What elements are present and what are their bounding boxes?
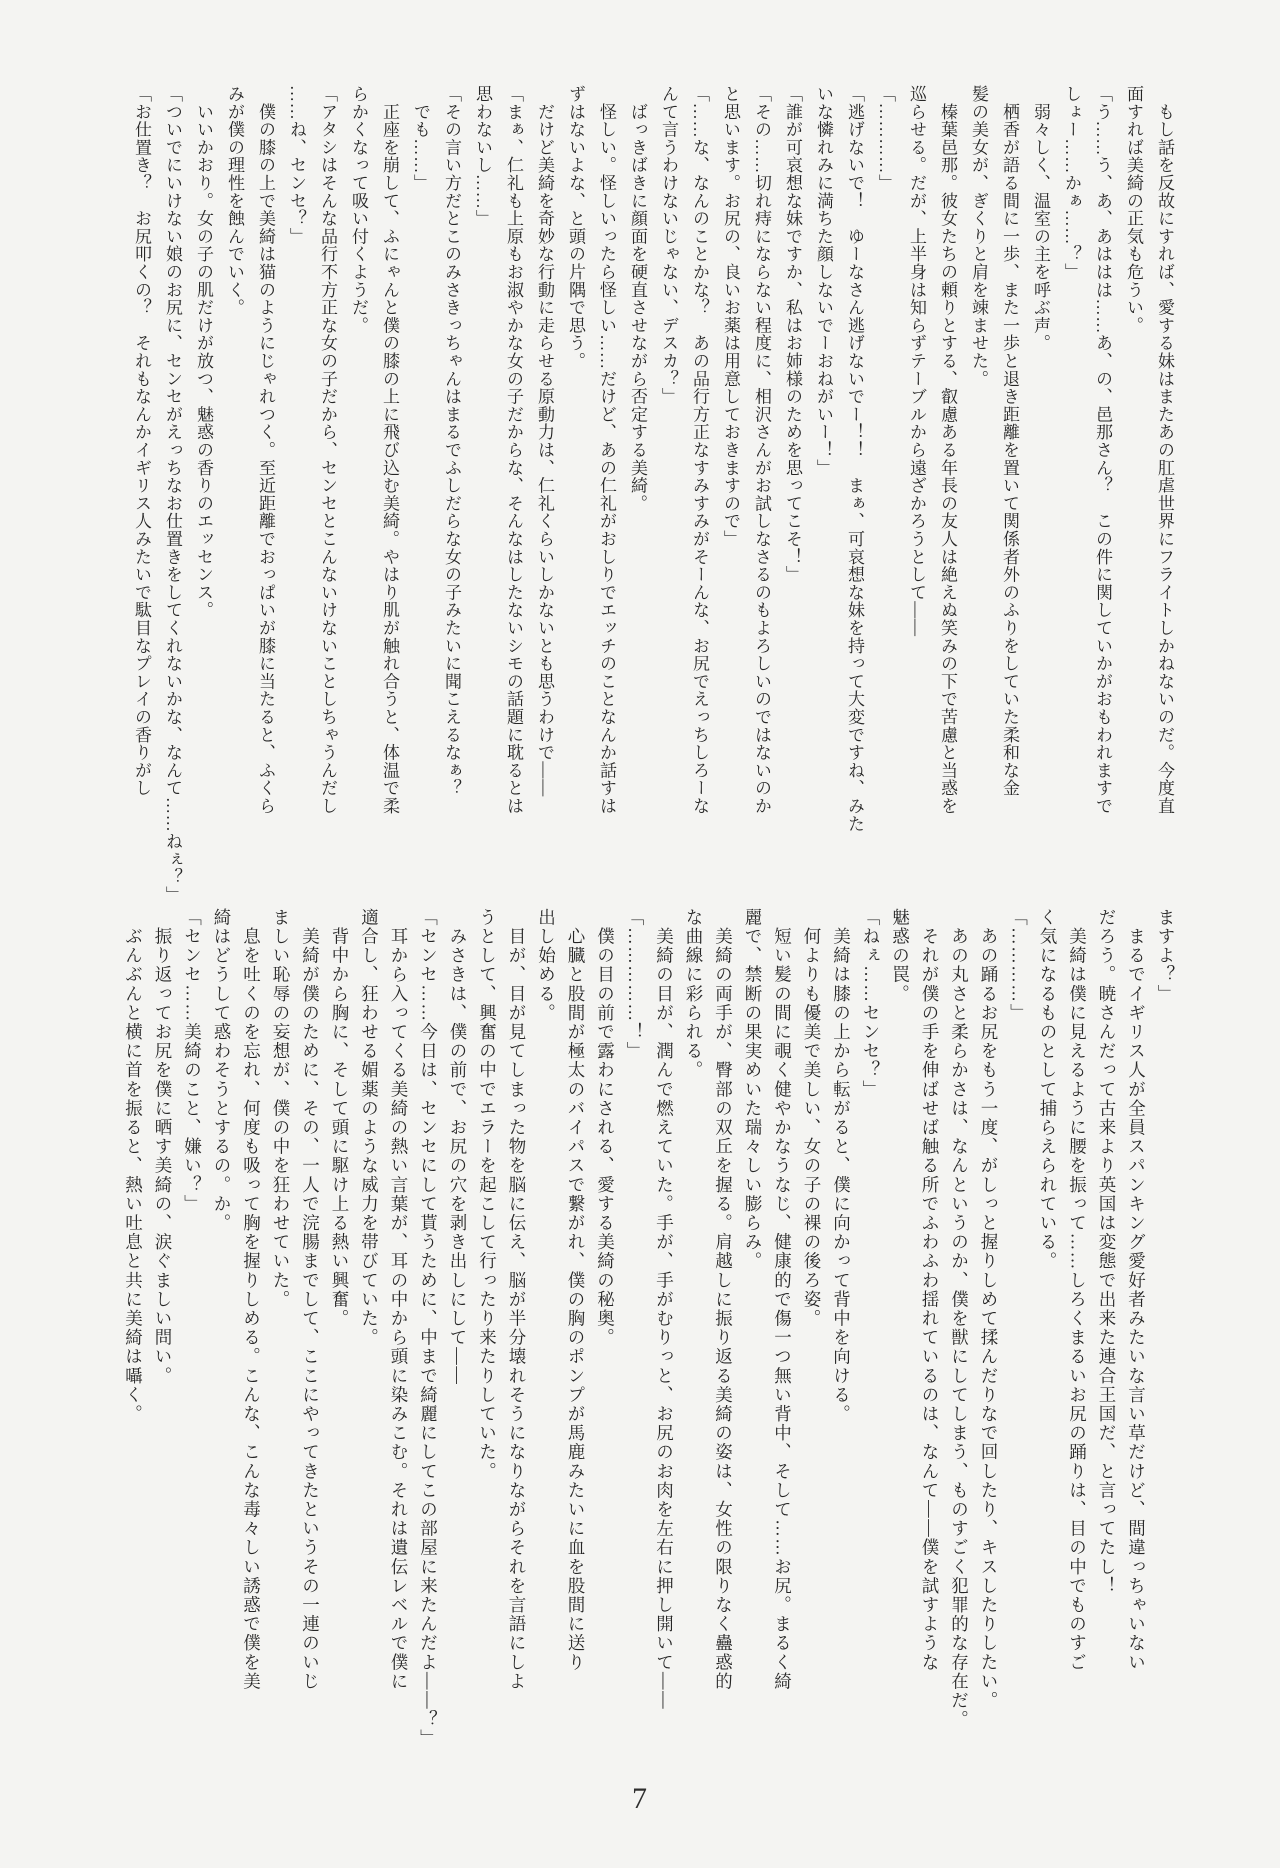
text-column: もし話を反故にすれば、愛する妹はまたあの肛虐世界にフライトしかねないのだ。今度直 [1149,85,1180,885]
text-column: ますよ？」 [1151,908,1181,1768]
text-column: 「ねぇ……センセ？」 [856,908,886,1768]
text-column: 怪しい。怪しいったら怪しい……だけど、あの仁礼がおしりでエッチのことなんか話すは [591,85,622,885]
text-column: それが僕の手を伸ばせば触る所でふわふわ揺れているのは、なんて――僕を試すような [915,908,945,1768]
text-column: 美綺の両手が、臀部の双丘を握る。肩越しに振り返る美綺の姿は、女性の限りなく蠱惑的 [708,908,738,1768]
text-column: まるでイギリス人が全員スパンキング愛好者みたいな言い草だけど、間違っちゃいない [1121,908,1151,1768]
text-column: 「……………！」 [620,908,650,1768]
bottom-text-block: ますよ？」 まるでイギリス人が全員スパンキング愛好者みたいな言い草だけど、間違っ… [118,908,1180,1768]
novel-page: もし話を反故にすれば、愛する妹はまたあの肛虐世界にフライトしかねないのだ。今度直… [0,0,1280,1868]
text-column: 「まぁ、仁礼も上原もお淑やかな女の子だからな、そんなはしたないシモの話題に耽ると… [498,85,529,885]
text-column: ……ね、センセ？」 [281,85,312,885]
text-column: 「その……切れ痔にならない程度に、相沢さんがお試しなさるのもよろしいのではないの… [746,85,777,885]
text-column: 僕の目の前で露わにされる、愛する美綺の秘奥。 [590,908,620,1768]
text-column: 「誰が可哀想な妹ですか、私はお姉様のためを思ってこそ！」 [777,85,808,885]
text-column: 美綺は膝の上から転がると、僕に向かって背中を向ける。 [826,908,856,1768]
text-column: 栖香が語る間に一歩、また一歩と退き距離を置いて関係者外のふりをしていた柔和な金 [994,85,1025,885]
text-column: ぶんぶんと横に首を振ると、熱い吐息と共に美綺は囁く。 [118,908,148,1768]
text-column: 「センセ……美綺のこと、嫌い？」 [177,908,207,1768]
text-column: 「逃げないで！ ゆーなさん逃げないでー！！ まぁ、可哀想な妹を持って大変ですね、… [839,85,870,885]
text-column: 「アタシはそんな品行不方正な女の子だから、センセとこんないけないことしちゃうんだ… [312,85,343,885]
text-column: 「……な、なんのことかな？ あの品行方正なすみすみがそーんな、お尻でえっちしろー… [684,85,715,885]
text-column: 髪の美女が、ぎくりと肩を竦ませた。 [963,85,994,885]
text-column: 短い髪の間に覗く健やかなうなじ、健康的で傷一つ無い背中、そして……お尻。まるく綺 [767,908,797,1768]
text-column: 「…………」 [1003,908,1033,1768]
text-column: でも……」 [405,85,436,885]
text-column: 心臓と股間が極太のバイパスで繋がれ、僕の胸のポンプが馬鹿みたいに血を股間に送り [561,908,591,1768]
text-column: 「その言い方だとこのみさきっちゃんはまるでふしだらな女の子みたいに聞こえるなぁ？ [436,85,467,885]
text-column: 思わないし……」 [467,85,498,885]
text-column: あの踊るお尻をもう一度、がしっと握りしめて揉んだりなで回したり、キスしたりしたい… [974,908,1004,1768]
text-column: ずはないよな、と頭の片隅で思う。 [560,85,591,885]
top-text-block: もし話を反故にすれば、愛する妹はまたあの肛虐世界にフライトしかねないのだ。今度直… [126,85,1180,885]
text-column: ばっきばきに顔面を硬直させながら否定する美綺。 [622,85,653,885]
text-column: うとして、興奮の中でエラーを起こして行ったり来たりしていた。 [472,908,502,1768]
text-column: 正座を崩して、ふにゃんと僕の膝の上に飛び込む美綺。やはり肌が触れ合うと、体温で柔 [374,85,405,885]
text-column: 「お仕置き？ お尻叩くの？ それもなんかイギリス人みたいで駄目なプレイの香りがし [126,85,157,885]
text-column: 振り返ってお尻を僕に晒す美綺の、涙ぐましい問い。 [148,908,178,1768]
text-column: みが僕の理性を蝕んでいく。 [219,85,250,885]
text-column: 美綺が僕のために、その、一人で浣腸までして、ここにやってきたというその一連のいじ [295,908,325,1768]
text-column: 背中から胸に、そして頭に駆け上る熱い興奮。 [325,908,355,1768]
text-column: あの丸さと柔らかさは、なんというのか、僕を獣にしてしまう、ものすごく犯罪的な存在… [944,908,974,1768]
text-column: いな憐れみに満ちた顔しないでーおねがいー！」 [808,85,839,885]
text-column: みさきは、僕の前で、お尻の穴を剥き出しにして―― [443,908,473,1768]
text-column: 巡らせる。だが、上半身は知らずテーブルから遠ざかろうとして―― [901,85,932,885]
text-column: く気になるものとして捕らえられている。 [1033,908,1063,1768]
text-column: だろう。暁さんだって古来より英国は変態で出来た連合王国だ、と言ってたし！ [1092,908,1122,1768]
text-column: 美綺は僕に見えるように腰を振って……しろくまるいお尻の踊りは、目の中でものすご [1062,908,1092,1768]
text-column: な曲線に彩られる。 [679,908,709,1768]
text-column: 面すれば美綺の正気も危うい。 [1118,85,1149,885]
text-column: らかくなって吸い付くようだ。 [343,85,374,885]
text-column: 僕の膝の上で美綺は猫のようにじゃれつく。至近距離でおっぱいが膝に当たると、ふくら [250,85,281,885]
text-column: しょー……かぁ……？」 [1056,85,1087,885]
text-column: 魅惑の罠。 [885,908,915,1768]
text-column: 「ついでにいけない娘のお尻に、センセがえっちなお仕置きをしてくれないかな、なんて… [157,85,188,885]
text-column: 「…………」 [870,85,901,885]
text-column: だけど美綺を奇妙な行動に走らせる原動力は、仁礼くらいしかないとも思うわけで―― [529,85,560,885]
text-column: 何よりも優美で美しい、女の子の裸の後ろ姿。 [797,908,827,1768]
text-column: 麗で、禁断の果実めいた瑞々しい膨らみ。 [738,908,768,1768]
text-column: いいかおり。女の子の肌だけが放つ、魅惑の香りのエッセンス。 [188,85,219,885]
text-column: 「センセ……今日は、センセにして貰うために、中まで綺麗にしてこの部屋に来たんだよ… [413,908,443,1768]
text-column: と思います。お尻の、良いお薬は用意しておきますので」 [715,85,746,885]
text-column: 「う……う、あ、あははは……あ、の、邑那さん？ この件に関していかがおもわれます… [1087,85,1118,885]
text-column: 息を吐くのを忘れ、何度も吸って胸を握りしめる。こんな、こんな毒々しい誘惑で僕を美 [236,908,266,1768]
text-column: 榛葉邑那。彼女たちの頼りとする、叡慮ある年長の友人は絶えぬ笑みの下で苦慮と当惑を [932,85,963,885]
text-column: 耳から入ってくる美綺の熱い言葉が、耳の中から頭に染みこむ。それは遺伝レベルで僕に [384,908,414,1768]
text-column: 綺はどうして惑わそうとするの。か。 [207,908,237,1768]
text-column: ましい恥辱の妄想が、僕の中を狂わせていた。 [266,908,296,1768]
text-column: 出し始める。 [531,908,561,1768]
text-column: 美綺の目が、潤んで燃えていた。手が、手がむりっと、お尻のお肉を左右に押し開いて―… [649,908,679,1768]
text-column: 目が、目が見てしまった物を脳に伝え、脳が半分壊れそうになりながらそれを言語にしよ [502,908,532,1768]
page-number: 7 [0,1782,1280,1816]
text-column: 弱々しく、温室の主を呼ぶ声。 [1025,85,1056,885]
text-column: 適合し、狂わせる媚薬のような威力を帯びていた。 [354,908,384,1768]
text-column: んて言うわけないじゃない、デスカ？」 [653,85,684,885]
